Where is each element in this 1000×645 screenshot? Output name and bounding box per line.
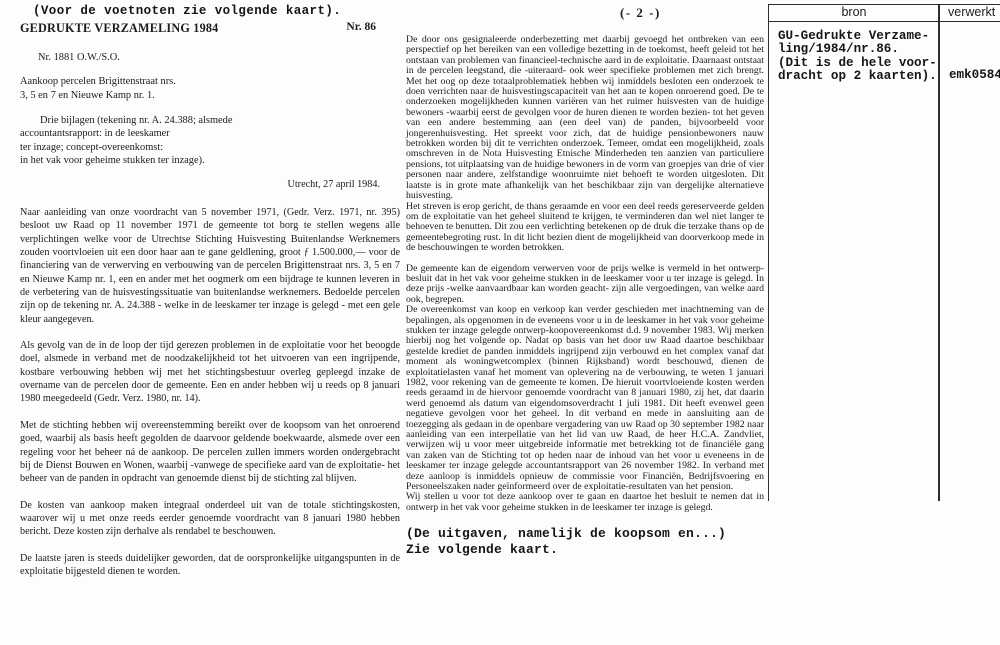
bron-line: GU-Gedrukte Verzame-	[778, 30, 937, 43]
collection-title: GEDRUKTE VERZAMELING 1984	[20, 21, 218, 36]
collection-header: GEDRUKTE VERZAMELING 1984 Nr. 86	[20, 21, 400, 36]
dateline: Utrecht, 27 april 1984.	[20, 179, 400, 190]
collection-number: Nr. 86	[346, 21, 376, 33]
body-paragraph: Naar aanleiding van onze voordracht van …	[20, 206, 400, 326]
body-paragraph: De door ons gesignaleerde onderbezetting…	[406, 35, 764, 202]
body-paragraph: De laatste jaren is steeds duidelijker g…	[20, 552, 400, 579]
body-paragraph: De gemeente kan de eigendom verwerven vo…	[406, 264, 764, 306]
document-number: Nr. 1881 O.W./S.O.	[38, 52, 400, 63]
verwerkt-column-header: verwerkt	[939, 5, 1000, 21]
source-table: bron verwerkt GU-Gedrukte Verzame- ling/…	[768, 4, 1000, 501]
attachments-note: Drie bijlagen (tekening nr. A. 24.388; a…	[20, 114, 400, 167]
body-paragraph: Als gevolg van de in de loop der tijd ge…	[20, 339, 400, 406]
middle-column: (- 2 -) De door ons gesignaleerde onderb…	[406, 0, 764, 558]
middle-body: De door ons gesignaleerde onderbezetting…	[406, 35, 764, 513]
attachment-line: ter inzage; concept-overeenkomst:	[20, 141, 400, 154]
bron-column-header: bron	[769, 5, 939, 21]
left-column: (Voor de voetnoten zie volgende kaart). …	[20, 3, 400, 578]
bron-cell: GU-Gedrukte Verzame- ling/1984/nr.86. (D…	[778, 30, 937, 84]
subject-line: 3, 5 en 7 en Nieuwe Kamp nr. 1.	[20, 89, 400, 103]
body-paragraph: Wij stellen u voor tot deze aankoop over…	[406, 492, 764, 513]
page-number: (- 2 -)	[620, 5, 764, 21]
bron-line: ling/1984/nr.86.	[778, 43, 937, 56]
attachment-line: Drie bijlagen (tekening nr. A. 24.388; a…	[20, 114, 400, 127]
body-paragraph: De overeenkomst van koop en verkoop kan …	[406, 305, 764, 492]
verwerkt-value: emk0584	[949, 68, 1000, 82]
bron-line: (Dit is de hele voor-	[778, 57, 937, 70]
closing-note-line: (De uitgaven, namelijk de koopsom en...)	[406, 526, 764, 542]
body-paragraph: Het streven is erop gericht, de thans ge…	[406, 202, 764, 254]
body-paragraph: Met de stichting hebben wij overeenstemm…	[20, 419, 400, 486]
body-paragraph: De kosten van aankoop maken integraal on…	[20, 499, 400, 539]
attachment-line: in het vak voor geheime stukken ter inza…	[20, 154, 400, 167]
attachment-line: accountantsrapport: in de leeskamer	[20, 127, 400, 140]
footnote-note: (Voor de voetnoten zie volgende kaart).	[33, 3, 400, 19]
subject-line: Aankoop percelen Brigittenstraat nrs.	[20, 75, 400, 89]
closing-note: (De uitgaven, namelijk de koopsom en...)…	[406, 526, 764, 558]
table-header-row: bron verwerkt	[769, 5, 1000, 22]
subject-block: Aankoop percelen Brigittenstraat nrs. 3,…	[20, 75, 400, 102]
closing-note-line: Zie volgende kaart.	[406, 542, 764, 558]
bron-line: dracht op 2 kaarten).	[778, 70, 937, 83]
table-column-divider	[938, 5, 940, 501]
left-body: Naar aanleiding van onze voordracht van …	[20, 206, 400, 578]
document-scan: (Voor de voetnoten zie volgende kaart). …	[0, 0, 1000, 645]
